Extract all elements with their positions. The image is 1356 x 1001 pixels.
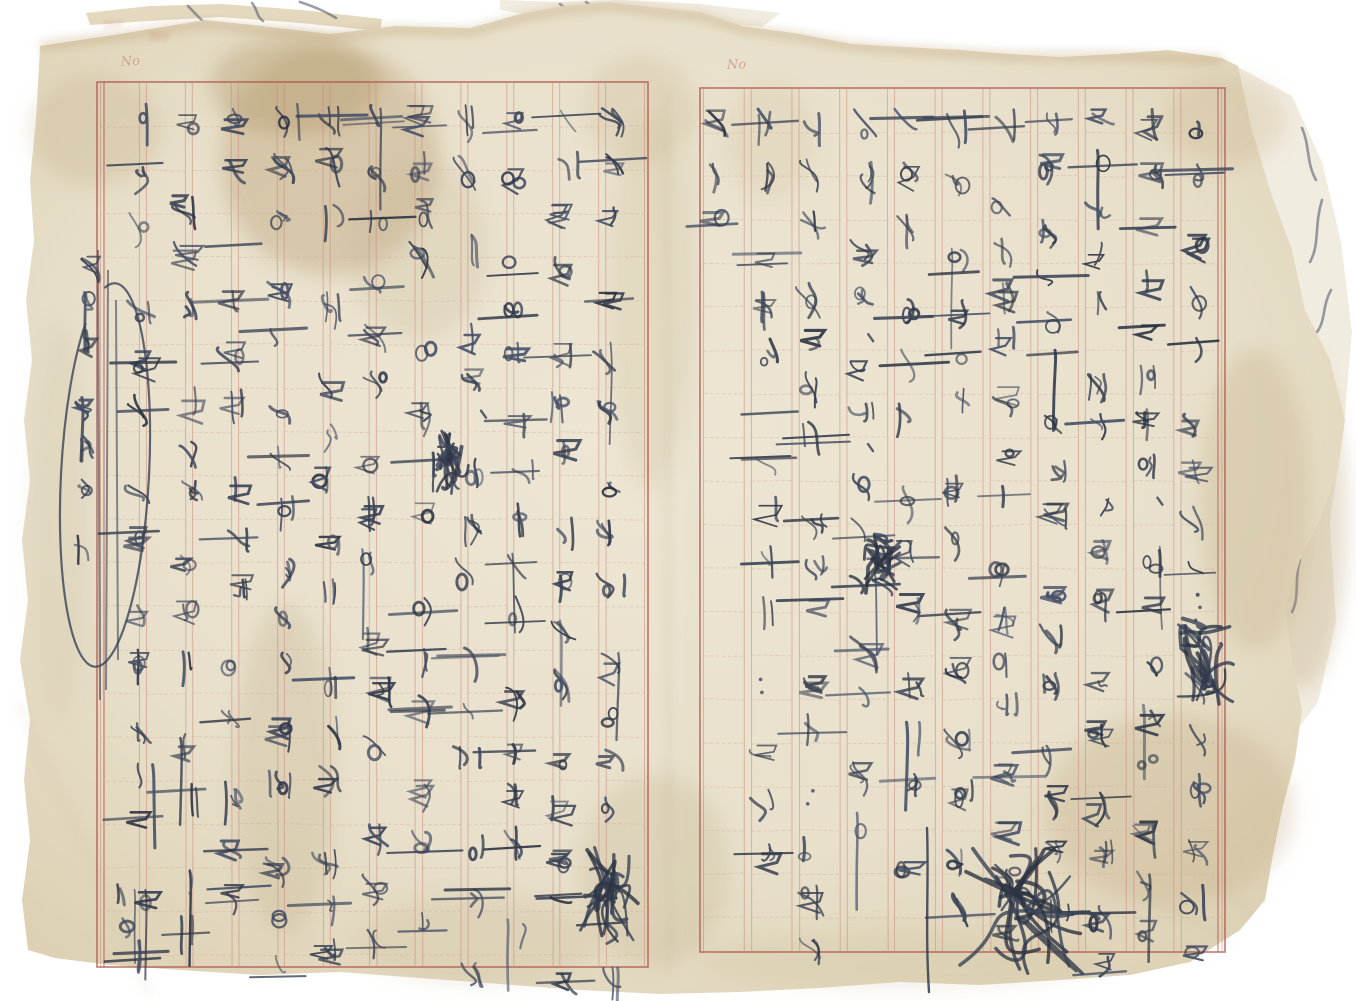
stain <box>1200 350 1310 650</box>
stain <box>235 605 335 935</box>
manuscript-photo: 이으기 위하여 자손을 반식하고 그들은즈러간다 그러고 자손들은 자손대로 설… <box>0 0 1356 1001</box>
page-number-mark: No <box>148 29 170 46</box>
stain <box>360 895 600 985</box>
stain <box>30 75 160 185</box>
stain <box>1045 715 1295 905</box>
stain <box>585 55 695 165</box>
page-number-mark: No <box>119 54 140 70</box>
page-number-mark: No <box>726 57 747 73</box>
page-number-mark: No <box>101 16 124 34</box>
manuscript-sheet: 이으기 위하여 자손을 반식하고 그들은즈러간다 그러고 자손들은 자손대로 설… <box>0 0 1356 1001</box>
